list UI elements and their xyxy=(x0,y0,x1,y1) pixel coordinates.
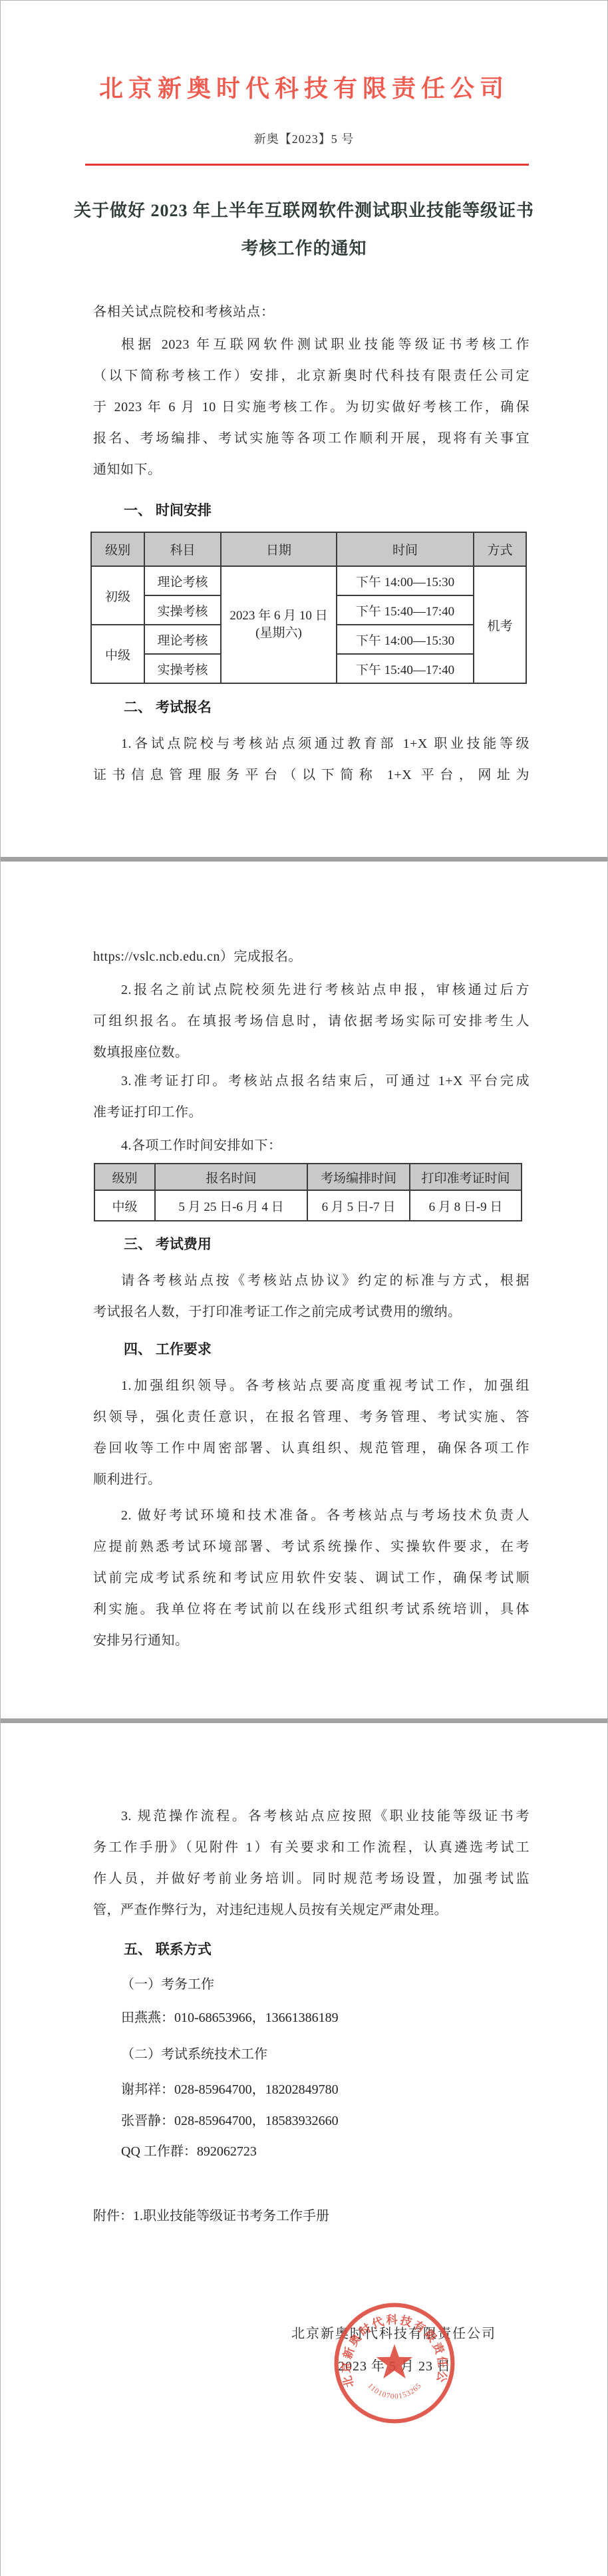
table-row: 中级 5 月 25 日-6 月 4 日 6 月 5 日-7 日 6 月 8 日-… xyxy=(94,1190,522,1221)
text-line: 2.报名之前试点院校须先进行考核站点申报，审核通过后方 xyxy=(93,975,530,1006)
schedule-cell-level: 初级 xyxy=(91,566,144,625)
section-heading-time: 一、 时间安排 xyxy=(93,501,530,521)
schedule-cell-time: 下午 14:00—15:30 xyxy=(337,566,474,595)
section-heading-requirements: 四、 工作要求 xyxy=(93,1340,530,1360)
text-line: 根据 2023 年互联网软件测试职业技能等级证书考核工作 xyxy=(93,329,530,361)
document-title-line2: 考核工作的通知 xyxy=(1,230,607,267)
work-schedule-table: 级别 报名时间 考场编排时间 打印准考证时间 中级 5 月 25 日-6 月 4… xyxy=(94,1163,522,1221)
text-line: 3. 规范操作流程。各考核站点应按照《职业技能等级证书考 xyxy=(93,1801,530,1832)
schedule-cell-time: 下午 14:00—15:30 xyxy=(337,625,474,654)
schedule-col-header-date: 日期 xyxy=(221,532,337,566)
contact-line-tianyanyan: 田燕燕：010-68653966，13661386189 xyxy=(93,2008,530,2028)
text-line: 可组织报名。在填报考场信息时，请依据考场实际可安排考生人 xyxy=(93,1006,530,1037)
seal-star-icon xyxy=(377,2344,412,2379)
work-schedule-col-header-print: 打印准考证时间 xyxy=(410,1164,522,1190)
text-line: 准考证打印工作。 xyxy=(93,1097,530,1128)
text-line: 证书信息管理服务平台（以下简称 1+X 平台，网址为 xyxy=(93,760,530,791)
text-line: 1.各试点院校与考核站点须通过教育部 1+X 职业技能等级 xyxy=(93,728,530,760)
work-schedule-cell-level: 中级 xyxy=(94,1190,155,1221)
schedule-cell-date: 2023 年 6 月 10 日 (星期六) xyxy=(221,566,337,683)
seal-company-text: 北京新奥时代科技有限责任公司 xyxy=(331,2300,450,2389)
requirement-item2-paragraph: 2. 做好考试环境和技术准备。各考核站点与考场技术负责人应提前熟悉考试环境部署、… xyxy=(93,1500,530,1657)
company-seal: 北京新奥时代科技有限责任公司 11010700153265 xyxy=(331,2300,458,2426)
section-heading-contact: 五、 联系方式 xyxy=(93,1940,530,1960)
registration-item1-continuation: https://vslc.ncb.edu.cn）完成报名。 xyxy=(93,941,530,973)
schedule-col-header-subject: 科目 xyxy=(144,532,221,566)
intro-paragraph: 根据 2023 年互联网软件测试职业技能等级证书考核工作（以下简称考核工作）安排… xyxy=(93,329,530,486)
registration-item1-paragraph: 1.各试点院校与考核站点须通过教育部 1+X 职业技能等级证书信息管理服务平台（… xyxy=(93,728,530,791)
schedule-date-line1: 2023 年 6 月 10 日 xyxy=(222,607,336,625)
document: 北京新奥时代科技有限责任公司 新奥【2023】5 号 关于做好 2023 年上半… xyxy=(0,0,608,2576)
requirement-item3-paragraph: 3. 规范操作流程。各考核站点应按照《职业技能等级证书考务工作手册》（见附件 1… xyxy=(93,1801,530,1926)
text-line: 试前完成考试系统和考试应用软件安装、调试工作，确保考试顺 xyxy=(93,1563,530,1594)
work-schedule-cell-registration: 5 月 25 日-6 月 4 日 xyxy=(155,1190,307,1221)
contact-line-xiebangxiang: 谢邦祥：028-85964700，18202849780 xyxy=(93,2080,530,2100)
text-line: 于 2023 年 6 月 10 日实施考核工作。为切实做好考核工作，确保 xyxy=(93,392,530,423)
page-2: https://vslc.ncb.edu.cn）完成报名。 2.报名之前试点院校… xyxy=(1,862,607,1718)
text-line: 作人员，并做好考前业务培训。同时规范考场设置，加强考试监 xyxy=(93,1863,530,1895)
document-title: 关于做好 2023 年上半年互联网软件测试职业技能等级证书 考核工作的通知 xyxy=(1,192,607,267)
schedule-col-header-level: 级别 xyxy=(91,532,144,566)
schedule-cell-subject: 理论考核 xyxy=(144,566,221,595)
page-break-bar xyxy=(1,857,607,862)
schedule-header-row: 级别 科目 日期 时间 方式 xyxy=(91,532,526,566)
section-heading-fee: 三、 考试费用 xyxy=(93,1235,530,1255)
text-line: （以下简称考核工作）安排，北京新奥时代科技有限责任公司定 xyxy=(93,361,530,392)
text-line: 请各考核站点按《考核站点协议》约定的标准与方式，根据 xyxy=(93,1265,530,1297)
attachment-line: 附件：1.职业技能等级证书考务工作手册 xyxy=(93,2206,530,2226)
schedule-cell-subject: 实操考核 xyxy=(144,595,221,625)
schedule-date-line2: (星期六) xyxy=(222,625,336,642)
text-line: 应提前熟悉考试环境部署、考试系统操作、实操软件要求，在考 xyxy=(93,1531,530,1563)
text-line: 通知如下。 xyxy=(93,454,530,486)
doc-number: 新奥【2023】5 号 xyxy=(1,130,607,148)
work-schedule-header-row: 级别 报名时间 考场编排时间 打印准考证时间 xyxy=(94,1164,522,1190)
text-line: 卷回收等工作中周密部署、认真组织、规范管理，确保各项工作 xyxy=(93,1433,530,1464)
contact-group1-heading: （一）考务工作 xyxy=(93,1975,530,1995)
contact-group2-heading: （二）考试系统技术工作 xyxy=(93,2044,530,2064)
schedule-table: 级别 科目 日期 时间 方式 初级 理论考核 2023 年 6 月 10 日 (… xyxy=(90,532,527,684)
text-line: 数填报座位数。 xyxy=(93,1037,530,1068)
text-line: 顺利进行。 xyxy=(93,1464,530,1496)
text-line: 2. 做好考试环境和技术准备。各考核站点与考场技术负责人 xyxy=(93,1500,530,1531)
registration-item4-paragraph: 4.各项工作时间安排如下： xyxy=(93,1130,530,1162)
schedule-cell-subject: 实操考核 xyxy=(144,654,221,683)
work-schedule-cell-print: 6 月 8 日-9 日 xyxy=(410,1190,522,1221)
text-line: 管，严查作弊行为，对违纪违规人员按有关规定严肃处理。 xyxy=(93,1895,530,1926)
text-line: 报名、考场编排、考试实施等各项工作顺利开展，现将有关事宜 xyxy=(93,423,530,454)
work-schedule-col-header-level: 级别 xyxy=(94,1164,155,1190)
company-header: 北京新奥时代科技有限责任公司 xyxy=(1,74,607,103)
text-line: 安排另行通知。 xyxy=(93,1625,530,1657)
contact-line-qq-group: QQ 工作群：892062723 xyxy=(93,2142,530,2162)
text-line: 考试报名人数，于打印准考证工作之前完成考试费用的缴纳。 xyxy=(93,1297,530,1328)
table-row: 初级 理论考核 2023 年 6 月 10 日 (星期六) 下午 14:00—1… xyxy=(91,566,526,595)
red-divider xyxy=(85,164,529,166)
fee-paragraph: 请各考核站点按《考核站点协议》约定的标准与方式，根据考试报名人数，于打印准考证工… xyxy=(93,1265,530,1328)
schedule-cell-time: 下午 15:40—17:40 xyxy=(337,595,474,625)
registration-item3-paragraph: 3.准考证打印。考核站点报名结束后，可通过 1+X 平台完成准考证打印工作。 xyxy=(93,1066,530,1128)
text-line: 3.准考证打印。考核站点报名结束后，可通过 1+X 平台完成 xyxy=(93,1066,530,1097)
page-3: 3. 规范操作流程。各考核站点应按照《职业技能等级证书考务工作手册》（见附件 1… xyxy=(1,1723,607,2576)
work-schedule-col-header-arrangement: 考场编排时间 xyxy=(307,1164,410,1190)
text-line: 织领导，强化责任意识，在报名管理、考务管理、考试实施、答 xyxy=(93,1402,530,1433)
requirement-item1-paragraph: 1.加强组织领导。各考核站点要高度重视考试工作，加强组织领导，强化责任意识，在报… xyxy=(93,1370,530,1496)
document-title-line1: 关于做好 2023 年上半年互联网软件测试职业技能等级证书 xyxy=(1,192,607,230)
text-line: 1.加强组织领导。各考核站点要高度重视考试工作，加强组 xyxy=(93,1370,530,1402)
schedule-cell-time: 下午 15:40—17:40 xyxy=(337,654,474,683)
page-break-bar xyxy=(1,1718,607,1723)
schedule-cell-level: 中级 xyxy=(91,625,144,683)
contact-line-zhangjinjing: 张晋静：028-85964700，18583932660 xyxy=(93,2111,530,2131)
page-1: 北京新奥时代科技有限责任公司 新奥【2023】5 号 关于做好 2023 年上半… xyxy=(1,1,607,857)
schedule-col-header-time: 时间 xyxy=(337,532,474,566)
section-heading-registration: 二、 考试报名 xyxy=(93,698,530,718)
seal-number-text: 11010700153265 xyxy=(366,2382,423,2401)
work-schedule-cell-arrangement: 6 月 5 日-7 日 xyxy=(307,1190,410,1221)
text-line: 利实施。我单位将在考试前以在线形式组织考试系统培训，具体 xyxy=(93,1594,530,1625)
registration-item2-paragraph: 2.报名之前试点院校须先进行考核站点申报，审核通过后方可组织报名。在填报考场信息… xyxy=(93,975,530,1068)
text-line: 4.各项工作时间安排如下： xyxy=(93,1130,530,1162)
text-line: 务工作手册》（见附件 1）有关要求和工作流程，认真遴选考试工 xyxy=(93,1832,530,1863)
schedule-cell-method: 机考 xyxy=(474,566,526,683)
schedule-col-header-method: 方式 xyxy=(474,532,526,566)
text-line: https://vslc.ncb.edu.cn）完成报名。 xyxy=(93,941,530,973)
work-schedule-col-header-registration: 报名时间 xyxy=(155,1164,307,1190)
salutation: 各相关试点院校和考核站点： xyxy=(93,302,530,322)
schedule-cell-subject: 理论考核 xyxy=(144,625,221,654)
